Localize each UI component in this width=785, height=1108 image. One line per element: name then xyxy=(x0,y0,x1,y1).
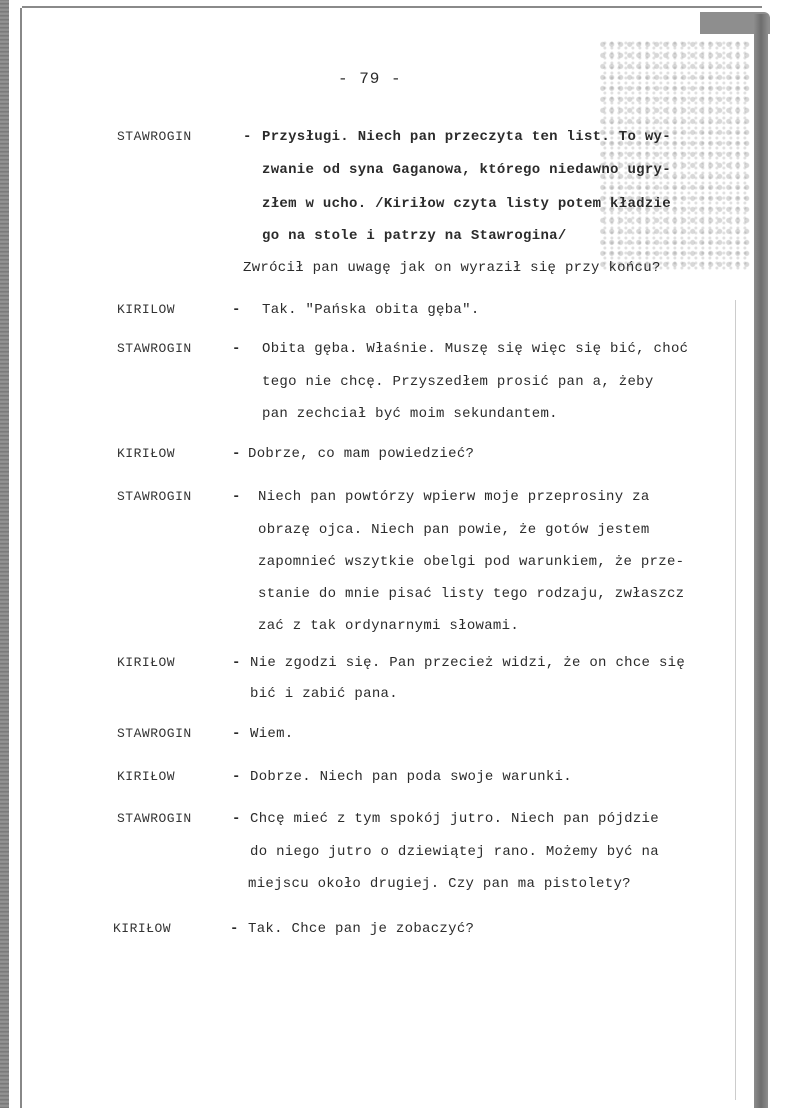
dash: - xyxy=(232,811,240,827)
page-left-border xyxy=(20,8,22,1108)
dialogue-line: Tak. "Pańska obita gęba". xyxy=(262,302,480,318)
dash: - xyxy=(232,489,240,505)
dialogue-line: tego nie chcę. Przyszedłem prosić pan a,… xyxy=(262,374,654,390)
dash: - xyxy=(243,129,251,145)
dialogue-line: Nie zgodzi się. Pan przecież widzi, że o… xyxy=(250,655,685,671)
speaker-name: KIRIŁOW xyxy=(113,921,171,936)
dialogue-line: obrazę ojca. Niech pan powie, że gotów j… xyxy=(258,522,650,538)
dash: - xyxy=(230,921,238,937)
dash: - xyxy=(232,302,240,318)
dash: - xyxy=(232,655,240,671)
scan-right-edge xyxy=(754,14,768,1108)
dialogue-line: Obita gęba. Właśnie. Muszę się więc się … xyxy=(262,341,688,357)
dialogue-line: Wiem. xyxy=(250,726,294,742)
dialogue-line: bić i zabić pana. xyxy=(250,686,398,702)
dialogue-line: zwanie od syna Gaganowa, którego niedawn… xyxy=(262,162,671,178)
speaker-name: STAWROGIN xyxy=(117,489,192,504)
dialogue-line: Przysługi. Niech pan przeczyta ten list.… xyxy=(262,129,671,145)
dash: - xyxy=(232,341,240,357)
dialogue-line: do niego jutro o dziewiątej rano. Możemy… xyxy=(250,844,659,860)
page-top-border xyxy=(22,6,762,8)
dialogue-line: Dobrze. Niech pan poda swoje warunki. xyxy=(250,769,572,785)
scan-left-edge xyxy=(0,0,9,1108)
page-right-line xyxy=(735,300,736,1100)
speaker-name: KIRIŁOW xyxy=(117,655,175,670)
dialogue-line: Chcę mieć z tym spokój jutro. Niech pan … xyxy=(250,811,659,827)
dialogue-line: Zwrócił pan uwagę jak on wyraził się prz… xyxy=(243,260,661,276)
speaker-name: KIRILOW xyxy=(117,302,175,317)
dialogue-line: złem w ucho. /Kiriłow czyta listy potem … xyxy=(262,196,671,212)
dialogue-line: stanie do mnie pisać listy tego rodzaju,… xyxy=(258,586,684,602)
dash: - xyxy=(232,769,240,785)
speaker-name: STAWROGIN xyxy=(117,129,192,144)
speaker-name: STAWROGIN xyxy=(117,341,192,356)
scan-noise xyxy=(600,40,750,270)
speaker-name: STAWROGIN xyxy=(117,811,192,826)
dialogue-line: miejscu około drugiej. Czy pan ma pistol… xyxy=(248,876,631,892)
dialogue-line: Tak. Chce pan je zobaczyć? xyxy=(248,921,474,937)
dash: - xyxy=(232,726,240,742)
page-number: - 79 - xyxy=(338,70,402,88)
dialogue-line: pan zechciał być moim sekundantem. xyxy=(262,406,558,422)
speaker-name: STAWROGIN xyxy=(117,726,192,741)
speaker-name: KIRIŁOW xyxy=(117,769,175,784)
dialogue-line: Niech pan powtórzy wpierw moje przeprosi… xyxy=(258,489,650,505)
dialogue-line: zapomnieć wszytkie obelgi pod warunkiem,… xyxy=(258,554,684,570)
dash: - xyxy=(232,446,240,462)
dialogue-line: Dobrze, co mam powiedzieć? xyxy=(248,446,474,462)
dialogue-line: go na stole i patrzy na Stawrogina/ xyxy=(262,228,567,244)
dialogue-line: zać z tak ordynarnymi słowami. xyxy=(258,618,519,634)
speaker-name: KIRIŁOW xyxy=(117,446,175,461)
